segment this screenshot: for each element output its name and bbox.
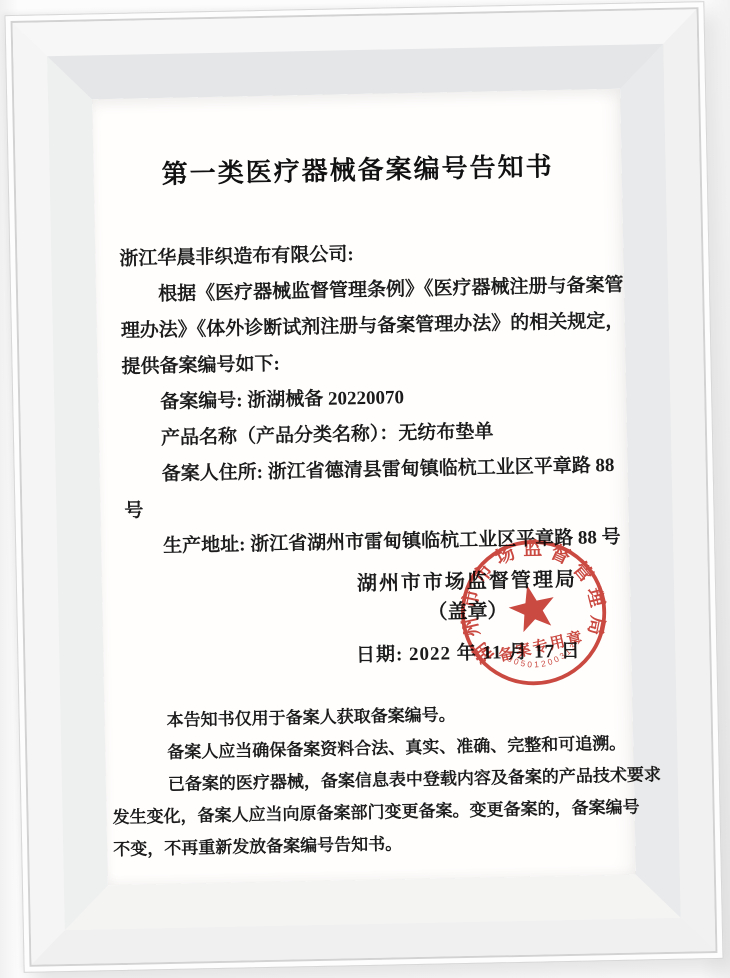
document-page: 第一类医疗器械备案编号告知书 浙江华晨非织造布有限公司: 根据《医疗器械监督管理… (92, 89, 636, 885)
authority-name: 湖州市市场监督管理局 (312, 564, 623, 600)
photo-background: 第一类医疗器械备案编号告知书 浙江华晨非织造布有限公司: 根据《医疗器械监督管理… (0, 0, 730, 978)
signature-block: 湖州市市场监督管理局 （盖章） 日期: 2022 年 11 月 17 日 (312, 564, 624, 672)
document-title: 第一类医疗器械备案编号告知书 (93, 145, 622, 193)
frame-bevel-mat: 第一类医疗器械备案编号告知书 浙江华晨非织造布有限公司: 根据《医疗器械监督管理… (47, 44, 680, 930)
picture-frame: 第一类医疗器械备案编号告知书 浙江华晨非织造布有限公司: 根据《医疗器械监督管理… (4, 1, 723, 973)
footnotes-block: 本告知书仅用于备案人获取备案编号。 备案人应当确保备案资料合法、真实、准确、完整… (110, 696, 625, 866)
date-line: 日期: 2022 年 11 月 17 日 (313, 636, 624, 672)
frame-face: 第一类医疗器械备案编号告知书 浙江华晨非织造布有限公司: 根据《医疗器械监督管理… (13, 9, 716, 965)
seal-note: （盖章） (312, 594, 623, 630)
document-body: 浙江华晨非织造布有限公司: 根据《医疗器械监督管理条例》《医疗器械注册与备案管 … (119, 232, 613, 566)
